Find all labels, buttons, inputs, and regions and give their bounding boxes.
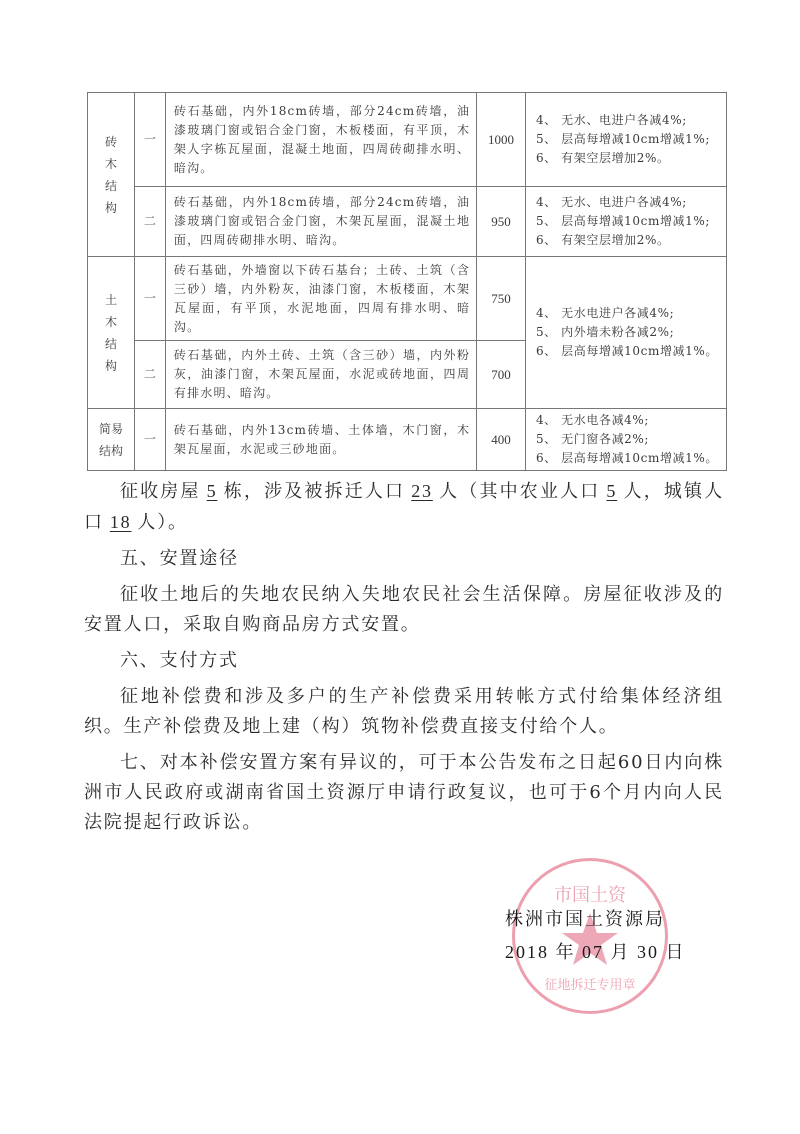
relocated-people-count: 23: [405, 481, 439, 501]
note-line: 6、 有架空层增加2%。: [536, 149, 718, 168]
price-cell: 950: [477, 187, 526, 257]
document-body: 征收房屋5栋，涉及被拆迁人口23人（其中农业人口5人，城镇人口18人）。 五、安…: [84, 476, 724, 838]
note-line: 4、 无水、电进户各减4%;: [536, 111, 718, 130]
grade-cell: 二: [134, 341, 165, 409]
section-5-text: 征收土地后的失地农民纳入失地农民社会生活保障。房屋征收涉及的安置人口，采取自购商…: [84, 580, 724, 640]
price-cell: 750: [477, 257, 526, 341]
notes-cell: 4、 无水、电进户各减4%; 5、 层高每增减10cm增减1%; 6、 有架空层…: [525, 93, 726, 187]
text: 征收房屋: [120, 481, 201, 502]
section-7-text: 七、对本补偿安置方案有异议的，可于本公告发布之日起60日内向株洲市人民政府或湖南…: [84, 748, 724, 838]
description-cell: 砖石基础，内外土砖、土筑（含三砂）墙，内外粉灰，油漆门窗，木架瓦屋面，水泥或砖地…: [165, 341, 476, 409]
grade-cell: 二: [134, 187, 165, 257]
notes-cell: 4、 无水、电进户各减4%; 5、 层高每增减10cm增减1%; 6、 有架空层…: [525, 187, 726, 257]
category-char: 结: [89, 333, 133, 355]
category-char: 结构: [89, 440, 133, 462]
note-line: 4、 无水电各减4%;: [536, 411, 718, 430]
price-cell: 1000: [477, 93, 526, 187]
category-simple: 简易 结构: [88, 409, 135, 471]
section-5-heading: 五、安置途径: [84, 544, 724, 574]
grade-cell: 一: [134, 257, 165, 341]
svg-text:市国土资: 市国土资: [554, 885, 627, 906]
grade-cell: 一: [134, 409, 165, 471]
table-row: 二 砖石基础，内外18cm砖墙，部分24cm砖墙，油漆玻璃门窗或铝合金门窗，木架…: [88, 187, 727, 257]
category-char: 土: [89, 289, 133, 311]
notes-cell: 4、 无水电各减4%; 5、 无门窗各减2%; 6、 层高每增减10cm增减1%…: [525, 409, 726, 471]
text: 人（其中农业人口: [439, 481, 601, 502]
urban-population: 18: [104, 512, 138, 532]
note-line: 5、 内外墙未粉各减2%;: [536, 323, 718, 342]
table-row: 砖 木 结 构 一 砖石基础，内外18cm砖墙，部分24cm砖墙，油漆玻璃门窗或…: [88, 93, 727, 187]
section-6-heading: 六、支付方式: [84, 646, 724, 676]
compensation-standards-table: 砖 木 结 构 一 砖石基础，内外18cm砖墙，部分24cm砖墙，油漆玻璃门窗或…: [87, 92, 727, 471]
note-line: 5、 无门窗各减2%;: [536, 430, 718, 449]
category-char: 木: [89, 153, 133, 175]
note-line: 6、 层高每增减10cm增减1%。: [536, 449, 718, 468]
category-brick-wood: 砖 木 结 构: [88, 93, 135, 257]
table-row: 简易 结构 一 砖石基础，内外13cm砖墙、土体墙，木门窗，木架瓦屋面，水泥或三…: [88, 409, 727, 471]
category-earth-wood: 土 木 结 构: [88, 257, 135, 409]
grade-cell: 一: [134, 93, 165, 187]
category-char: 构: [89, 355, 133, 377]
table-row: 土 木 结 构 一 砖石基础，外墙窗以下砖石基台；土砖、土筑（含三砂）墙，内外粉…: [88, 257, 727, 341]
official-seal: 市国土资 征地拆迁专用章: [512, 858, 668, 1014]
price-cell: 400: [477, 409, 526, 471]
houses-count: 5: [201, 481, 224, 501]
note-line: 6、 层高每增减10cm增减1%。: [536, 342, 718, 361]
note-line: 5、 层高每增减10cm增减1%;: [536, 212, 718, 231]
note-line: 5、 层高每增减10cm增减1%;: [536, 130, 718, 149]
category-char: 简易: [89, 418, 133, 440]
text: 栋，涉及被拆迁人口: [223, 481, 405, 502]
price-cell: 700: [477, 341, 526, 409]
note-line: 4、 无水电进户各减4%;: [536, 304, 718, 323]
description-cell: 砖石基础，内外18cm砖墙，部分24cm砖墙，油漆玻璃门窗或铝合金门窗，木架瓦屋…: [165, 187, 476, 257]
section-6-text: 征地补偿费和涉及多户的生产补偿费采用转帐方式付给集体经济组织。生产补偿费及地上建…: [84, 682, 724, 742]
note-line: 4、 无水、电进户各减4%;: [536, 193, 718, 212]
summary-paragraph: 征收房屋5栋，涉及被拆迁人口23人（其中农业人口5人，城镇人口18人）。: [84, 476, 724, 538]
notes-cell: 4、 无水电进户各减4%; 5、 内外墙未粉各减2%; 6、 层高每增减10cm…: [525, 257, 726, 409]
seal-star-icon: 市国土资 征地拆迁专用章: [515, 861, 665, 1011]
signature-date: 2018 年 07 月 30 日: [505, 938, 686, 964]
category-char: 构: [89, 197, 133, 219]
description-cell: 砖石基础，内外13cm砖墙、土体墙，木门窗，木架瓦屋面，水泥或三砂地面。: [165, 409, 476, 471]
description-cell: 砖石基础，内外18cm砖墙，部分24cm砖墙，油漆玻璃门窗或铝合金门窗，木板楼面…: [165, 93, 476, 187]
category-char: 结: [89, 175, 133, 197]
svg-text:征地拆迁专用章: 征地拆迁专用章: [544, 977, 635, 993]
category-char: 木: [89, 311, 133, 333]
text: 人）。: [137, 512, 187, 533]
description-cell: 砖石基础，外墙窗以下砖石基台；土砖、土筑（含三砂）墙，内外粉灰，油漆门窗，木板楼…: [165, 257, 476, 341]
note-line: 6、 有架空层增加2%。: [536, 231, 718, 250]
agricultural-population: 5: [600, 481, 623, 501]
signature-organization: 株洲市国土资源局: [505, 905, 665, 931]
category-char: 砖: [89, 131, 133, 153]
